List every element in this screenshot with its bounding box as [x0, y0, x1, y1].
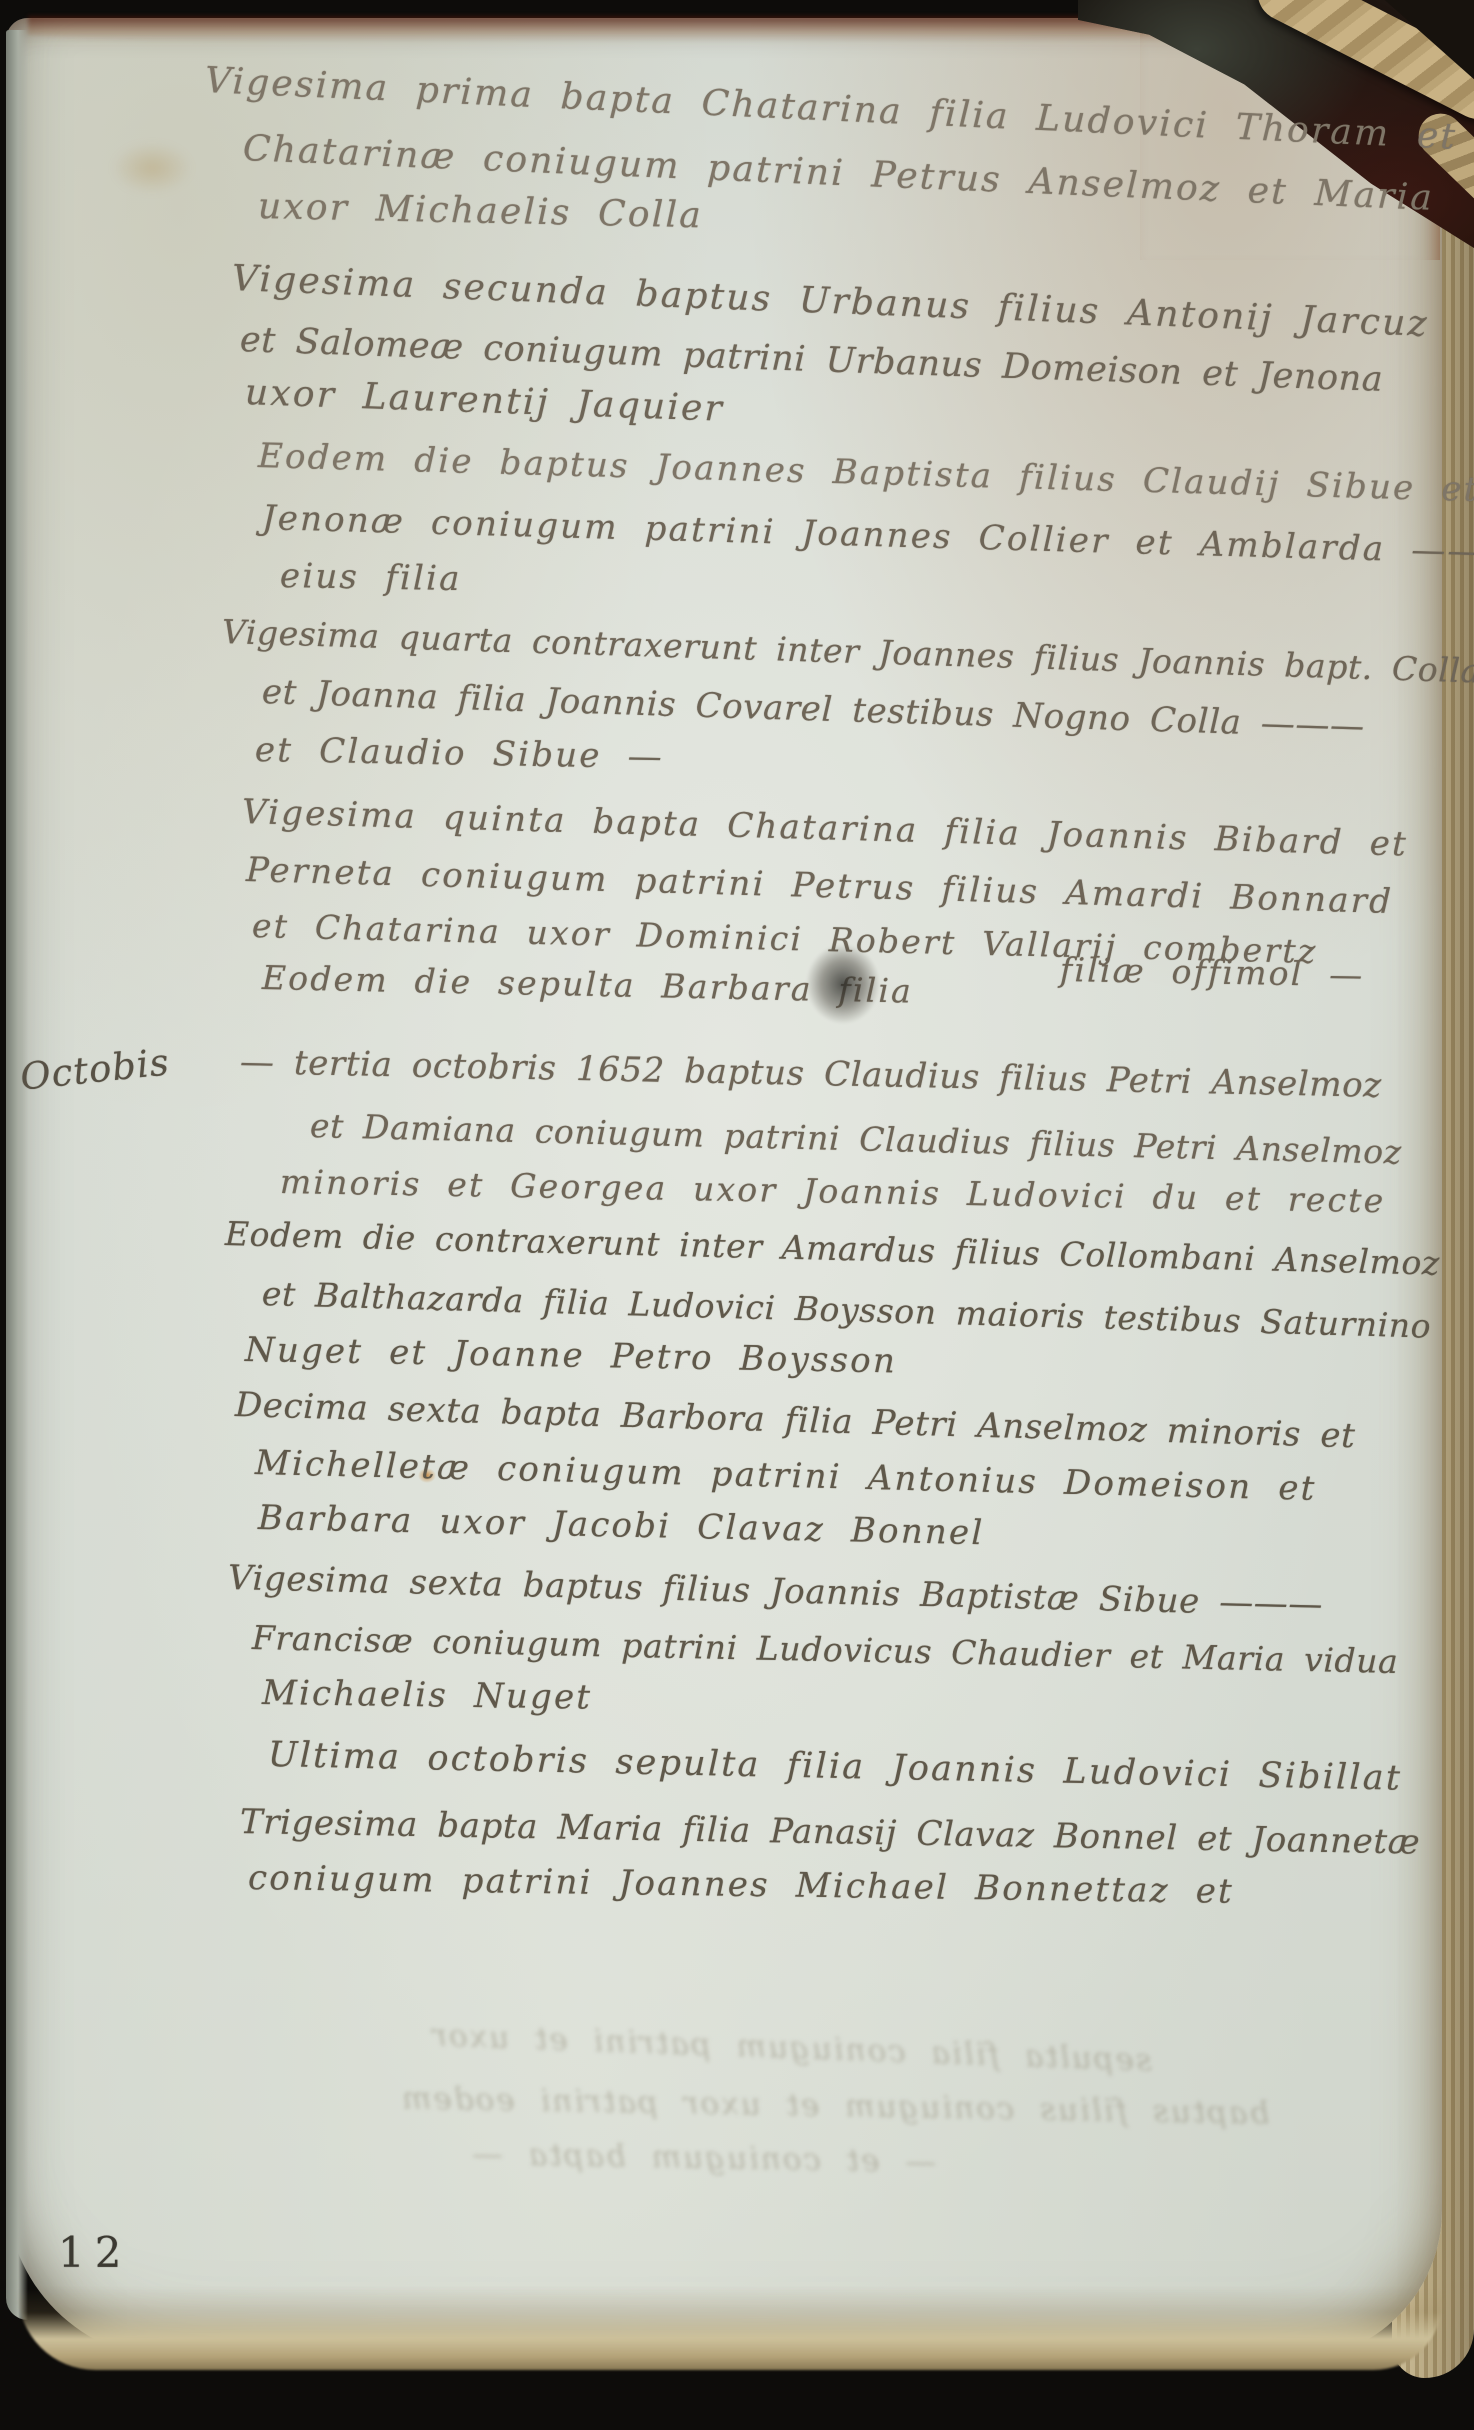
manuscript-line: Francisæ coniugum patrini Ludovicus Chau… [252, 1618, 1399, 1681]
manuscript-line: et Claudio Sibue — [255, 730, 665, 777]
manuscript-line: — tertia octobris 1652 baptus Claudius f… [240, 1042, 1383, 1106]
manuscript-line: Ultima octobris sepulta filia Joannis Lu… [268, 1735, 1403, 1799]
margin-note-month: Octobis [18, 1040, 171, 1098]
manuscript-line: uxor Michaelis Colla [258, 186, 704, 236]
manuscript-line: Eodem die baptus Joannes Baptista filius… [257, 436, 1474, 510]
manuscript-line: Vigesima sexta baptus filius Joannis Bap… [228, 1558, 1324, 1625]
manuscript-line: filiæ offimol — [1060, 950, 1365, 994]
manuscript-line: Michelletæ coniugum patrini Antonius Dom… [255, 1443, 1317, 1509]
manuscript-line: Barbara uxor Jacobi Clavaz Bonnel [258, 1498, 985, 1553]
manuscript-line: minoris et Georgea uxor Joannis Ludovici… [280, 1162, 1386, 1220]
manuscript-line: Vigesima quinta bapta Chatarina filia Jo… [241, 792, 1408, 865]
manuscript-line: uxor Laurentij Jaquier [244, 372, 724, 430]
page-number: 12 [58, 2228, 131, 2277]
manuscript-line: eius filia [280, 556, 462, 599]
manuscript-line: Trigesima bapta Maria filia Panasij Clav… [240, 1802, 1421, 1863]
manuscript-line: Michaelis Nuget [262, 1673, 593, 1718]
manuscript-line: coniugum patrini Joannes Michael Bonnett… [248, 1858, 1234, 1912]
handwriting-layer: Octobis 12 Vigesima prima bapta Chatarin… [0, 0, 1474, 2430]
manuscript-line: et Damiana coniugum patrini Claudius fil… [310, 1106, 1403, 1172]
manuscript-line: Decima sexta bapta Barbora filia Petri A… [234, 1385, 1356, 1456]
manuscript-line: Eodem die contraxerunt inter Amardus fil… [225, 1214, 1441, 1283]
manuscript-line: Nuget et Joanne Petro Boysson [245, 1330, 898, 1381]
